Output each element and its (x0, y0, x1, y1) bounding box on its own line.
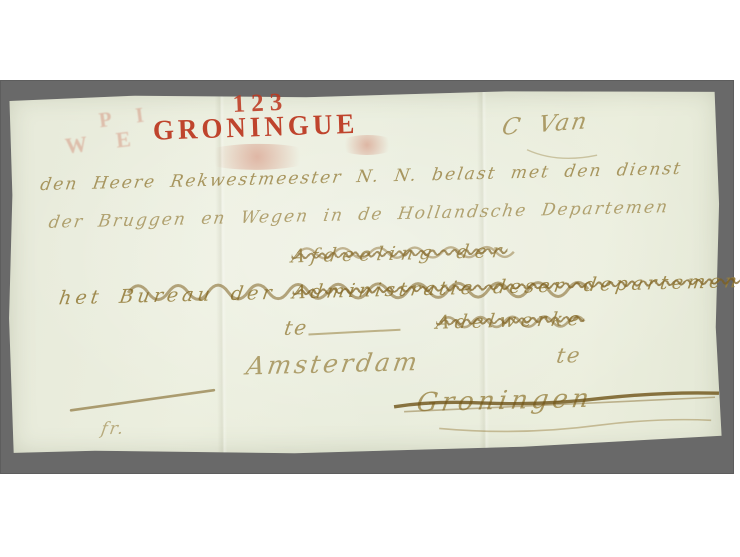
address-line-2: der Bruggen en Wegen in de Hollandsche D… (47, 197, 670, 233)
address-line-4-prefix: het Bureau der (58, 282, 278, 309)
address-line-3-struck: Afdeeling der (290, 240, 509, 267)
address-line-6-suffix: te (555, 343, 584, 368)
notation-top-right: C Van (500, 108, 591, 141)
address-city-amsterdam: Amsterdam (244, 347, 422, 380)
postmark-smudge (197, 143, 317, 170)
postmark-town: GRONINGUE (152, 108, 359, 148)
address-line-4: het Bureau der Administratie deser depar… (58, 270, 740, 309)
address-city-groningen-struck: Groningen (415, 384, 595, 418)
franco-mark: fr. (100, 419, 127, 440)
address-line-5-struck: Adelwerke (435, 308, 586, 334)
cover-photo: P I W E 123 GRONINGUE C Van den Heere Re… (0, 80, 734, 474)
faint-postmark-line2: W E (64, 125, 144, 160)
address-line-5-te: te (283, 315, 311, 340)
address-line-4-struck: Administratie deser departemen (291, 270, 740, 303)
ink-layer: P I W E 123 GRONINGUE C Van den Heere Re… (7, 88, 723, 456)
address-line-1: den Heere Rekwestmeester N. N. belast me… (39, 159, 684, 195)
postmark-smudge (337, 135, 397, 155)
